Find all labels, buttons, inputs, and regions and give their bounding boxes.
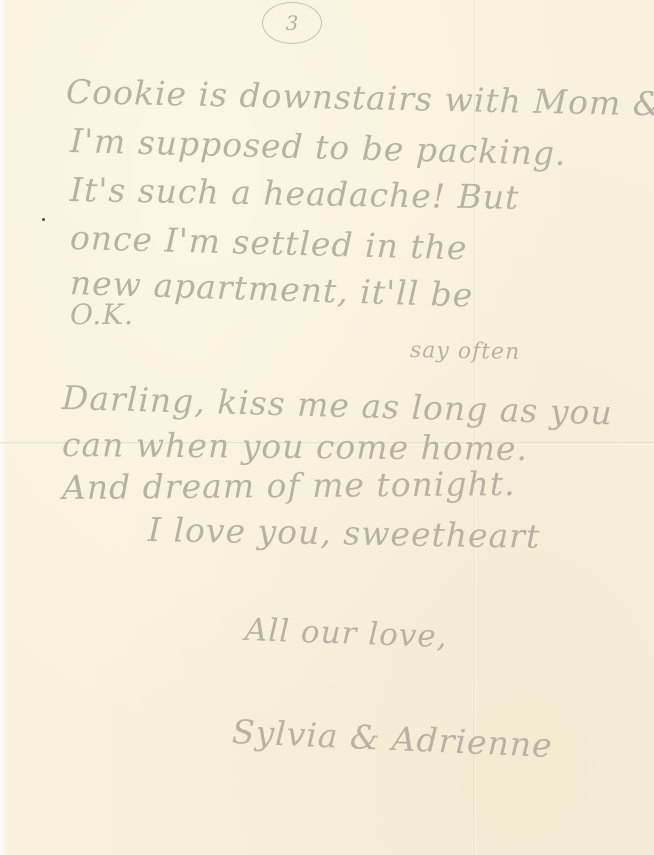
signature: Sylvia & Adrienne (231, 712, 553, 765)
letter-line: Cookie is downstairs with Mom & (66, 72, 654, 123)
ink-speck (42, 218, 45, 221)
letter-line: It's such a headache! But (70, 170, 520, 217)
letter-line: I love you, sweetheart (148, 510, 541, 556)
signoff: All our love, (244, 612, 448, 655)
letter-line: Darling, kiss me as long as you (61, 378, 613, 432)
letter-line: once I'm settled in the (69, 218, 467, 267)
paper-edge (0, 0, 9, 855)
letter-line: And dream of me tonight. (62, 464, 516, 507)
letter-page: 3 Cookie is downstairs with Mom & I'm su… (0, 0, 654, 855)
letter-line: I'm supposed to be packing. (69, 121, 567, 173)
letter-line: O.K. (70, 298, 134, 331)
page-number: 3 (262, 2, 322, 44)
letter-line: can when you come home. (62, 425, 528, 468)
insertion-note: say often (410, 338, 521, 365)
